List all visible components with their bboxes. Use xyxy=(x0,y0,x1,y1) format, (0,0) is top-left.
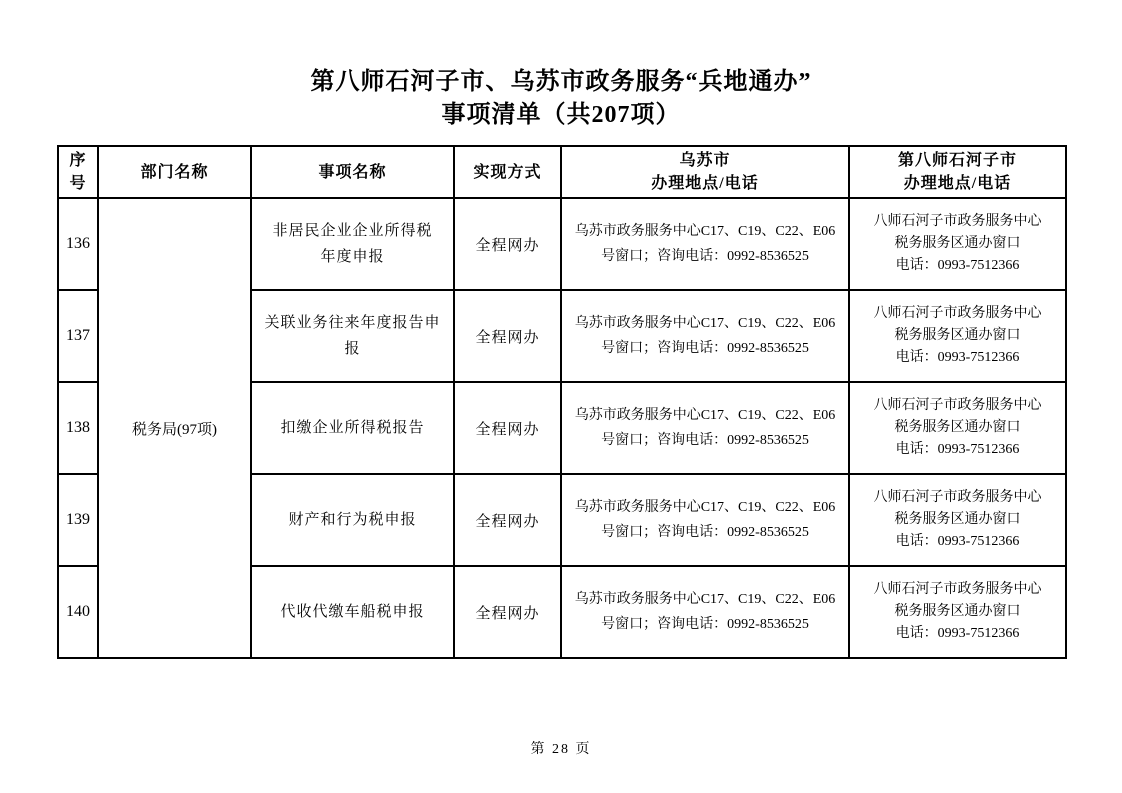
cell-shihezi-contact: 八师石河子市政务服务中心 税务服务区通办窗口 电话：0993-7512366 xyxy=(849,474,1066,566)
table-row: 136 税务局(97项) 非居民企业企业所得税 年度申报 全程网办 乌苏市政务服… xyxy=(58,198,1066,290)
shihezi-contact-line3: 电话：0993-7512366 xyxy=(855,531,1060,553)
shihezi-contact-line3: 电话：0993-7512366 xyxy=(855,623,1060,645)
cell-method: 全程网办 xyxy=(454,382,561,474)
document-title: 第八师石河子市、乌苏市政务服务“兵地通办” 事项清单（共207项） xyxy=(0,66,1122,132)
col-header-wusu-line2: 办理地点/电话 xyxy=(567,172,843,195)
item-name-line2: 年度申报 xyxy=(257,244,448,270)
cell-index: 137 xyxy=(58,290,98,382)
col-header-shihezi: 第八师石河子市 办理地点/电话 xyxy=(849,146,1066,198)
cell-item-name: 扣缴企业所得税报告 xyxy=(251,382,454,474)
cell-item-name: 关联业务往来年度报告申报 xyxy=(251,290,454,382)
cell-item-name: 非居民企业企业所得税 年度申报 xyxy=(251,198,454,290)
cell-wusu-contact: 乌苏市政务服务中心C17、C19、C22、E06 号窗口；咨询电话：0992-8… xyxy=(561,198,849,290)
item-name-line1: 关联业务往来年度报告申报 xyxy=(257,310,448,362)
cell-index: 138 xyxy=(58,382,98,474)
shihezi-contact-line3: 电话：0993-7512366 xyxy=(855,255,1060,277)
cell-department: 税务局(97项) xyxy=(98,198,251,658)
cell-method: 全程网办 xyxy=(454,566,561,658)
document-page: 第八师石河子市、乌苏市政务服务“兵地通办” 事项清单（共207项） 序号 部门名… xyxy=(0,0,1122,793)
shihezi-contact-line2: 税务服务区通办窗口 xyxy=(855,325,1060,347)
wusu-contact-line2: 号窗口；咨询电话：0992-8536525 xyxy=(567,612,843,637)
wusu-contact-line1: 乌苏市政务服务中心C17、C19、C22、E06 xyxy=(567,495,843,520)
shihezi-contact-line1: 八师石河子市政务服务中心 xyxy=(855,579,1060,601)
col-header-index: 序号 xyxy=(58,146,98,198)
cell-wusu-contact: 乌苏市政务服务中心C17、C19、C22、E06 号窗口；咨询电话：0992-8… xyxy=(561,290,849,382)
shihezi-contact-line1: 八师石河子市政务服务中心 xyxy=(855,303,1060,325)
cell-index: 139 xyxy=(58,474,98,566)
shihezi-contact-line2: 税务服务区通办窗口 xyxy=(855,417,1060,439)
wusu-contact-line2: 号窗口；咨询电话：0992-8536525 xyxy=(567,428,843,453)
cell-item-name: 财产和行为税申报 xyxy=(251,474,454,566)
cell-wusu-contact: 乌苏市政务服务中心C17、C19、C22、E06 号窗口；咨询电话：0992-8… xyxy=(561,566,849,658)
col-header-department: 部门名称 xyxy=(98,146,251,198)
service-items-table: 序号 部门名称 事项名称 实现方式 乌苏市 办理地点/电话 第八师石河子市 办理… xyxy=(57,145,1067,659)
shihezi-contact-line1: 八师石河子市政务服务中心 xyxy=(855,487,1060,509)
title-line-1: 第八师石河子市、乌苏市政务服务“兵地通办” xyxy=(0,66,1122,99)
wusu-contact-line1: 乌苏市政务服务中心C17、C19、C22、E06 xyxy=(567,403,843,428)
shihezi-contact-line3: 电话：0993-7512366 xyxy=(855,347,1060,369)
title-line-2: 事项清单（共207项） xyxy=(0,99,1122,132)
item-name-line1: 非居民企业企业所得税 xyxy=(257,218,448,244)
item-name-line1: 扣缴企业所得税报告 xyxy=(257,415,448,441)
shihezi-contact-line1: 八师石河子市政务服务中心 xyxy=(855,211,1060,233)
cell-index: 140 xyxy=(58,566,98,658)
shihezi-contact-line1: 八师石河子市政务服务中心 xyxy=(855,395,1060,417)
shihezi-contact-line3: 电话：0993-7512366 xyxy=(855,439,1060,461)
wusu-contact-line1: 乌苏市政务服务中心C17、C19、C22、E06 xyxy=(567,219,843,244)
cell-wusu-contact: 乌苏市政务服务中心C17、C19、C22、E06 号窗口；咨询电话：0992-8… xyxy=(561,382,849,474)
page-number: 第 28 页 xyxy=(0,738,1122,758)
col-header-shihezi-line1: 第八师石河子市 xyxy=(855,149,1060,172)
col-header-method: 实现方式 xyxy=(454,146,561,198)
cell-wusu-contact: 乌苏市政务服务中心C17、C19、C22、E06 号窗口；咨询电话：0992-8… xyxy=(561,474,849,566)
cell-shihezi-contact: 八师石河子市政务服务中心 税务服务区通办窗口 电话：0993-7512366 xyxy=(849,290,1066,382)
col-header-shihezi-line2: 办理地点/电话 xyxy=(855,172,1060,195)
cell-method: 全程网办 xyxy=(454,290,561,382)
cell-shihezi-contact: 八师石河子市政务服务中心 税务服务区通办窗口 电话：0993-7512366 xyxy=(849,198,1066,290)
item-name-line1: 代收代缴车船税申报 xyxy=(257,599,448,625)
col-header-wusu: 乌苏市 办理地点/电话 xyxy=(561,146,849,198)
wusu-contact-line1: 乌苏市政务服务中心C17、C19、C22、E06 xyxy=(567,587,843,612)
wusu-contact-line2: 号窗口；咨询电话：0992-8536525 xyxy=(567,244,843,269)
cell-method: 全程网办 xyxy=(454,198,561,290)
cell-item-name: 代收代缴车船税申报 xyxy=(251,566,454,658)
cell-method: 全程网办 xyxy=(454,474,561,566)
cell-index: 136 xyxy=(58,198,98,290)
item-name-line1: 财产和行为税申报 xyxy=(257,507,448,533)
shihezi-contact-line2: 税务服务区通办窗口 xyxy=(855,509,1060,531)
shihezi-contact-line2: 税务服务区通办窗口 xyxy=(855,233,1060,255)
wusu-contact-line1: 乌苏市政务服务中心C17、C19、C22、E06 xyxy=(567,311,843,336)
header-row: 序号 部门名称 事项名称 实现方式 乌苏市 办理地点/电话 第八师石河子市 办理… xyxy=(58,146,1066,198)
wusu-contact-line2: 号窗口；咨询电话：0992-8536525 xyxy=(567,520,843,545)
cell-shihezi-contact: 八师石河子市政务服务中心 税务服务区通办窗口 电话：0993-7512366 xyxy=(849,382,1066,474)
cell-shihezi-contact: 八师石河子市政务服务中心 税务服务区通办窗口 电话：0993-7512366 xyxy=(849,566,1066,658)
col-header-item: 事项名称 xyxy=(251,146,454,198)
col-header-wusu-line1: 乌苏市 xyxy=(567,149,843,172)
shihezi-contact-line2: 税务服务区通办窗口 xyxy=(855,601,1060,623)
wusu-contact-line2: 号窗口；咨询电话：0992-8536525 xyxy=(567,336,843,361)
